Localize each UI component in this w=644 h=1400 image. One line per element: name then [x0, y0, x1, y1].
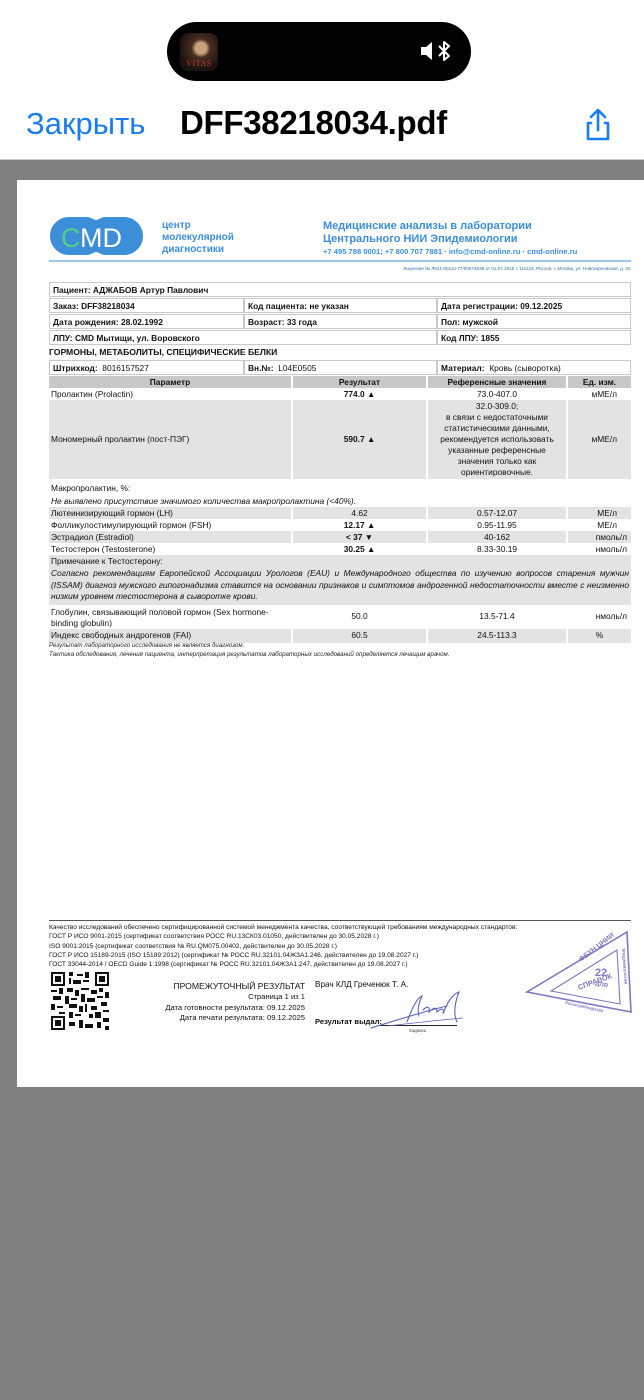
svg-text:MD: MD	[80, 223, 122, 253]
document-title: DFF38218034.pdf	[180, 104, 447, 142]
table-row: Эстрадиол (Estradiol) < 37 ▼ 40-162 пмол…	[49, 531, 631, 543]
table-row: Фолликулостимулирующий гормон (FSH) 12.1…	[49, 519, 631, 531]
lab-title: Медицинские анализы в лаборатории Центра…	[323, 220, 532, 246]
divider	[0, 159, 644, 160]
page-number: Страница 1 из 1	[129, 992, 305, 1003]
pdf-page[interactable]: C MD центр молекулярной диагностики Меди…	[17, 180, 644, 1087]
result-info: ПРОМЕЖУТОЧНЫЙ РЕЗУЛЬТАТ Страница 1 из 1 …	[129, 980, 305, 1024]
table-row: Мономерный пролактин (пост-ПЭГ) 590.7 ▲ …	[49, 400, 631, 479]
birth-date: Дата рождения: 28.02.1992	[49, 314, 244, 329]
certifications: Качество исследований обеспечено сертифи…	[49, 923, 517, 969]
ready-date: Дата готовности результата: 09.12.2025	[129, 1003, 305, 1014]
registration-date: Дата регистрации: 09.12.2025	[437, 298, 631, 313]
license-text: Лицензия № Л041-00110-77/00574836 от 01.…	[403, 266, 631, 271]
patient-code: Код пациента: не указан	[244, 298, 437, 313]
signature	[367, 988, 467, 1034]
header-unit: Ед. изм.	[567, 376, 631, 388]
lpu: ЛПУ: CMD Мытищи, ул. Воровского	[49, 330, 437, 345]
header-parameter: Параметр	[49, 376, 292, 388]
svg-text:C: C	[61, 223, 81, 253]
section-title: ГОРМОНЫ, МЕТАБОЛИТЫ, СПЕЦИФИЧЕСКИЕ БЕЛКИ	[49, 347, 277, 357]
macroprolactin-note: Не выявлено присутствие значимого количе…	[49, 495, 631, 507]
svg-text:Роспотребнадзора: Роспотребнадзора	[565, 1000, 605, 1013]
patient-sex: Пол: мужской	[437, 314, 631, 329]
table-header: Параметр Результат Референсные значения …	[49, 376, 631, 388]
testosterone-note-label: Примечание к Тестостерону:	[49, 555, 631, 568]
speaker-bluetooth-icon	[419, 39, 455, 63]
lpu-code: Код ЛПУ: 1855	[437, 330, 631, 345]
lab-stamp: ФБУН ЦНИИ Эпидемиологии Роспотребнадзора…	[523, 928, 635, 1016]
cmd-logo: C MD	[49, 216, 144, 256]
internal-number: Вн.№: L04E0505	[244, 360, 437, 375]
patient-age: Возраст: 33 года	[244, 314, 437, 329]
svg-text:ФБУН ЦНИИ: ФБУН ЦНИИ	[578, 932, 616, 964]
order-number: Заказ: DFF38218034	[49, 298, 244, 313]
barcode: Штрихкод: 8016157527	[49, 360, 244, 375]
header-reference: Референсные значения	[427, 376, 567, 388]
logo-tagline: центр молекулярной диагностики	[162, 220, 234, 256]
result-type: ПРОМЕЖУТОЧНЫЙ РЕЗУЛЬТАТ	[129, 980, 305, 992]
navigation-bar: Закрыть DFF38218034.pdf	[0, 100, 644, 150]
footer-divider	[49, 920, 631, 921]
macroprolactin-row: Макропролактин, %:	[49, 479, 631, 495]
dynamic-island[interactable]: VITAS	[167, 22, 471, 81]
disclaimer: Результат лабораторного исследования не …	[49, 641, 449, 659]
share-icon[interactable]	[582, 106, 614, 142]
table-row: Глобулин, связывающий половой гормон (Se…	[49, 605, 631, 629]
table-row: Пролактин (Prolactin) 774.0 ▲ 73.0-407.0…	[49, 388, 631, 400]
qr-code	[51, 972, 109, 1030]
viewer-top-bar: VITAS Закрыть DFF38218034.pdf	[0, 0, 644, 160]
sample-meta: Штрихкод: 8016157527 Вн.№: L04E0505 Мате…	[49, 360, 631, 375]
results-table: Параметр Результат Референсные значения …	[49, 376, 631, 643]
patient-name: Пациент: АДЖАБОВ Артур Павлович	[49, 282, 631, 297]
print-date: Дата печати результата: 09.12.2025	[129, 1013, 305, 1024]
patient-info: Пациент: АДЖАБОВ Артур Павлович Заказ: D…	[49, 282, 631, 346]
table-row: Лютеинизирующий гормон (LH) 4.62 0.57-12…	[49, 507, 631, 519]
now-playing-artwork[interactable]: VITAS	[180, 33, 218, 71]
header-divider	[49, 260, 631, 262]
close-button[interactable]: Закрыть	[26, 106, 145, 142]
header-result: Результат	[292, 376, 427, 388]
table-row: Тестостерон (Testosterone) 30.25 ▲ 8.33-…	[49, 543, 631, 555]
artwork-label: VITAS	[180, 59, 218, 68]
material: Материал: Кровь (сыворотка)	[437, 360, 631, 375]
testosterone-note: Согласно рекомендациям Европейской Ассоц…	[49, 568, 631, 605]
lab-contacts: +7 495 788 0001; +7 800 707 7881 · info@…	[323, 247, 577, 256]
